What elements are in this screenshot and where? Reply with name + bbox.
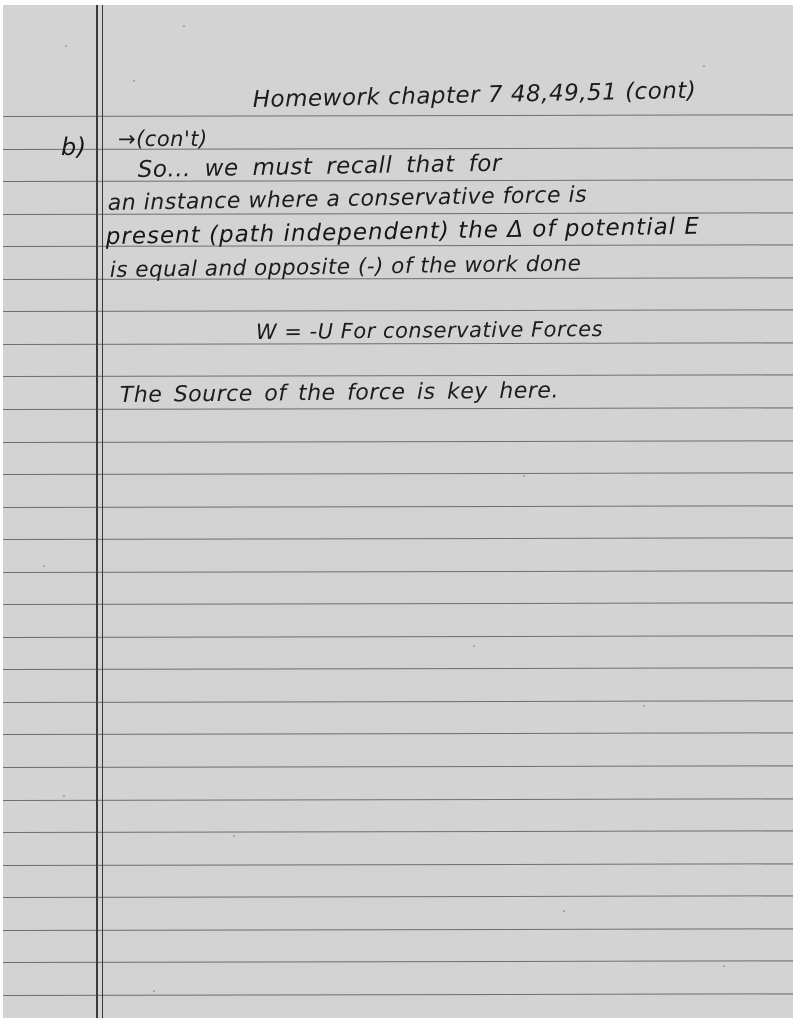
paper-speck: [153, 990, 155, 992]
rule-line: [3, 961, 793, 964]
notebook-page: Homework chapter 7 48,49,51 (cont) b) →(…: [3, 5, 793, 1018]
paper-speck: [643, 705, 645, 707]
rule-line: [3, 114, 793, 117]
conclusion-line: The Source of the force is key here.: [120, 378, 559, 408]
rule-line: [3, 310, 793, 313]
rule-line: [3, 896, 793, 899]
rule-line: [3, 668, 793, 671]
paper-speck: [183, 25, 185, 27]
rule-line: [3, 375, 793, 378]
paper-speck: [133, 80, 135, 82]
rule-line: [3, 993, 793, 996]
paper-speck: [233, 835, 235, 837]
rule-line: [3, 570, 793, 573]
paper-speck: [473, 645, 475, 647]
rule-line: [3, 700, 793, 703]
continuation-note: →(con't): [118, 127, 208, 151]
rule-line: [3, 733, 793, 736]
rule-line: [3, 863, 793, 866]
paper-speck: [423, 100, 425, 102]
rule-line: [3, 635, 793, 638]
body-line-1: So... we must recall that for: [138, 151, 502, 183]
paper-speck: [723, 965, 725, 967]
margin-line-left: [96, 5, 98, 1018]
paper-speck: [65, 45, 67, 47]
rule-line: [3, 440, 793, 443]
rule-line: [3, 765, 793, 768]
rule-line: [3, 603, 793, 606]
page-title: Homework chapter 7 48,49,51 (cont): [252, 78, 696, 113]
paper-speck: [563, 910, 565, 912]
paper-speck: [63, 795, 65, 797]
rule-line: [3, 798, 793, 801]
rule-line: [3, 472, 793, 475]
rule-line: [3, 179, 793, 182]
paper-speck: [523, 475, 525, 477]
part-label: b): [61, 133, 87, 161]
rule-line: [3, 505, 793, 508]
body-line-2: an instance where a conservative force i…: [108, 183, 588, 216]
rule-line: [3, 537, 793, 540]
paper-speck: [313, 265, 315, 267]
rule-line: [3, 928, 793, 931]
margin-line-right: [102, 5, 103, 1018]
paper-speck: [43, 565, 45, 567]
paper-speck: [703, 65, 705, 67]
equation-line: W = -U For conservative Forces: [256, 317, 603, 344]
rule-line: [3, 830, 793, 833]
